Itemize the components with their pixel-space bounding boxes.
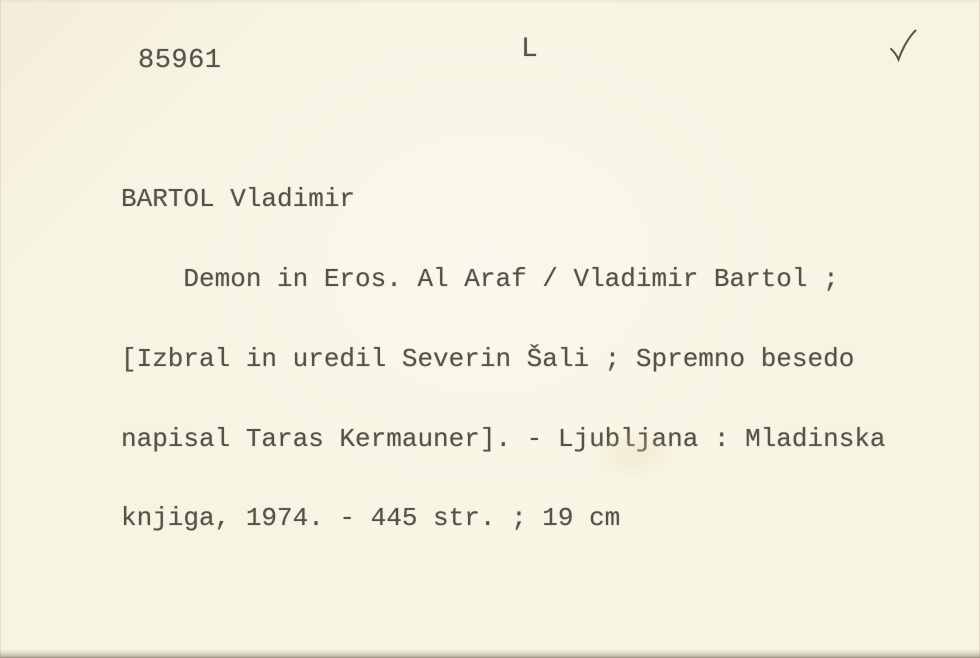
card-top-edge: [0, 0, 980, 3]
section-letter: L: [521, 34, 538, 65]
catalog-line-heading: BARTOL Vladimir: [121, 186, 886, 213]
catalog-line-publication: napisal Taras Kermauner]. - Ljubljana : …: [121, 426, 886, 453]
checkmark-icon: [884, 26, 922, 68]
paper-smudge: [590, 430, 680, 480]
card-bottom-edge: [0, 649, 980, 658]
catalog-line-title: Demon in Eros. Al Araf / Vladimir Bartol…: [121, 266, 886, 293]
catalog-entry: BARTOL Vladimir Demon in Eros. Al Araf /…: [121, 133, 886, 585]
catalog-card-scan: 85961 L BARTOL Vladimir Demon in Eros. A…: [0, 0, 980, 658]
catalog-line-editors: [Izbral in uredil Severin Šali ; Spremno…: [121, 346, 886, 373]
catalog-line-collation: knjiga, 1974. - 445 str. ; 19 cm: [121, 505, 886, 532]
accession-number: 85961: [138, 46, 222, 76]
